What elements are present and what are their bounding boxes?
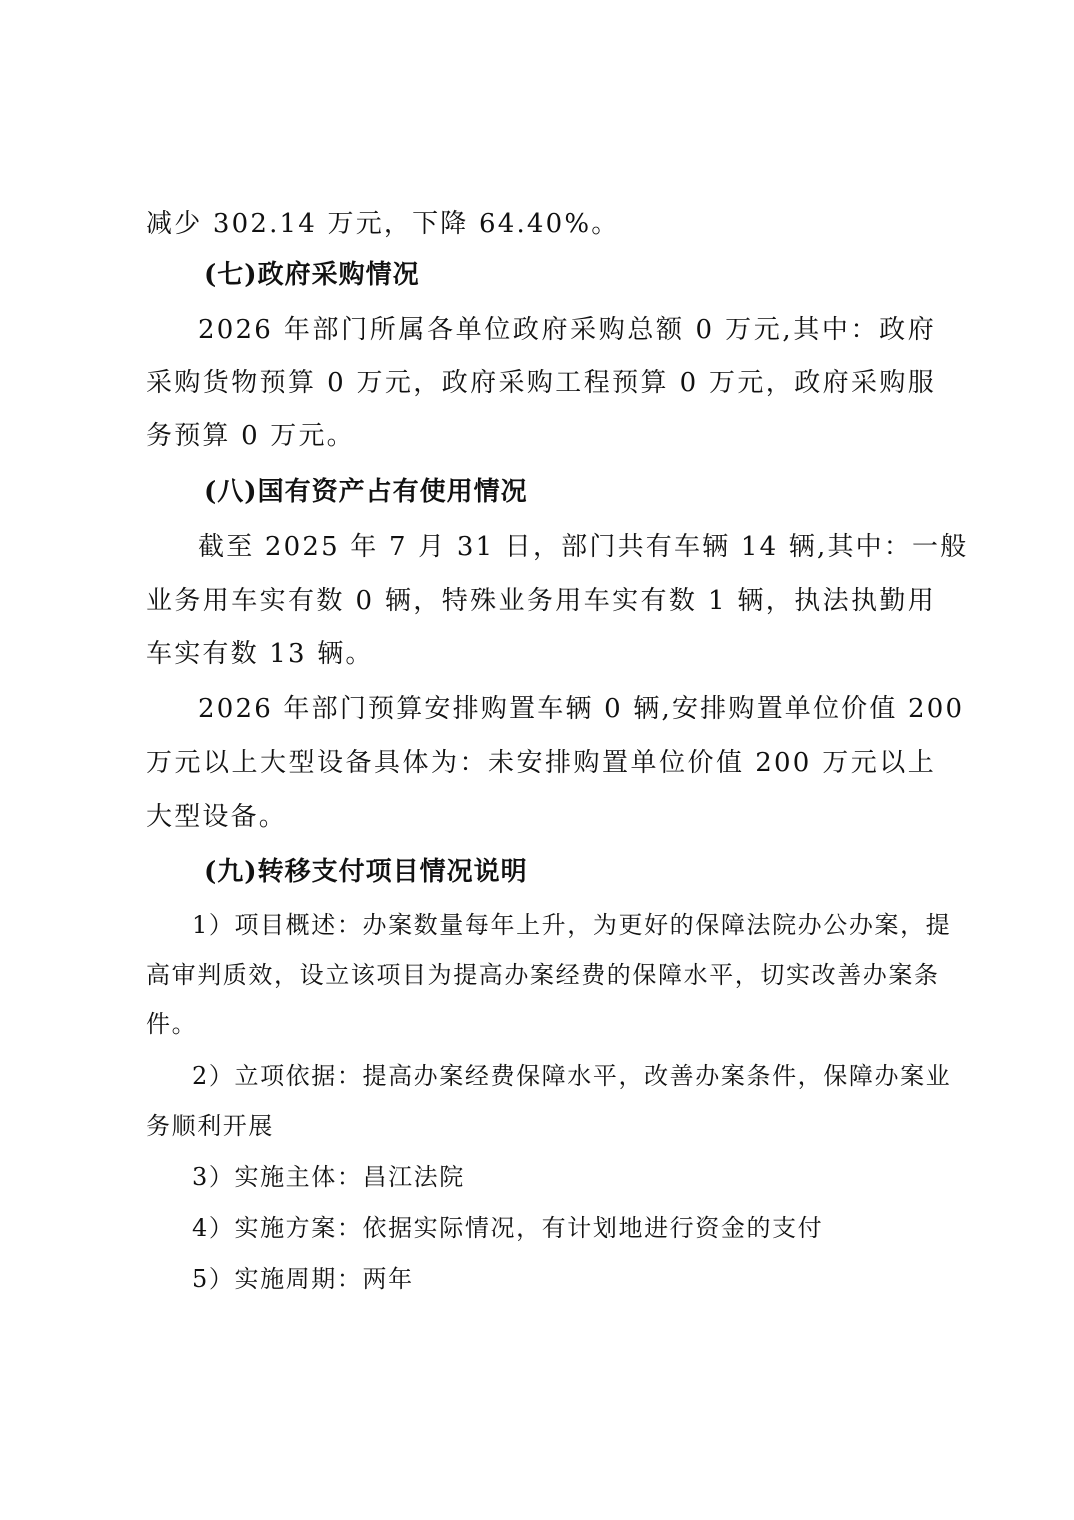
list-item-plan: 4）实施方案：依据实际情况，有计划地进行资金的支付 (192, 1211, 982, 1245)
section-heading-state-assets: (八)国有资产占有使用情况 (204, 475, 994, 509)
list-item-implementer: 3）实施主体：昌江法院 (192, 1160, 982, 1194)
paragraph-line: 大型设备。 (146, 800, 936, 834)
section-heading-transfer-payment: (九)转移支付项目情况说明 (204, 855, 994, 889)
list-item-overview: 1）项目概述：办案数量每年上升，为更好的保障法院办公办案，提 (192, 908, 934, 942)
paragraph-line: 务预算 0 万元。 (146, 419, 936, 453)
paragraph-line: 减少 302.14 万元，下降 64.40%。 (146, 207, 936, 241)
paragraph-line: 务顺利开展 (146, 1109, 936, 1143)
paragraph-line: 高审判质效，设立该项目为提高办案经费的保障水平，切实改善办案条 (146, 958, 936, 992)
paragraph-line: 业务用车实有数 0 辆，特殊业务用车实有数 1 辆，执法执勤用 (146, 584, 936, 618)
section-heading-government-procurement: (七)政府采购情况 (204, 258, 994, 292)
list-item-period: 5）实施周期：两年 (192, 1262, 982, 1296)
list-item-basis: 2）立项依据：提高办案经费保障水平，改善办案条件，保障办案业 (192, 1059, 934, 1093)
paragraph-line: 万元以上大型设备具体为：未安排购置单位价值 200 万元以上 (146, 746, 936, 780)
paragraph-line: 2026 年部门所属各单位政府采购总额 0 万元,其中：政府 (198, 313, 936, 347)
document-page: 减少 302.14 万元，下降 64.40%。 (七)政府采购情况 2026 年… (0, 0, 1074, 1520)
paragraph-line: 2026 年部门预算安排购置车辆 0 辆,安排购置单位价值 200 (198, 692, 936, 726)
paragraph-line: 件。 (146, 1007, 936, 1041)
paragraph-line: 采购货物预算 0 万元，政府采购工程预算 0 万元，政府采购服 (146, 366, 936, 400)
paragraph-line: 车实有数 13 辆。 (146, 637, 936, 671)
paragraph-line: 截至 2025 年 7 月 31 日，部门共有车辆 14 辆,其中：一般 (198, 530, 936, 564)
